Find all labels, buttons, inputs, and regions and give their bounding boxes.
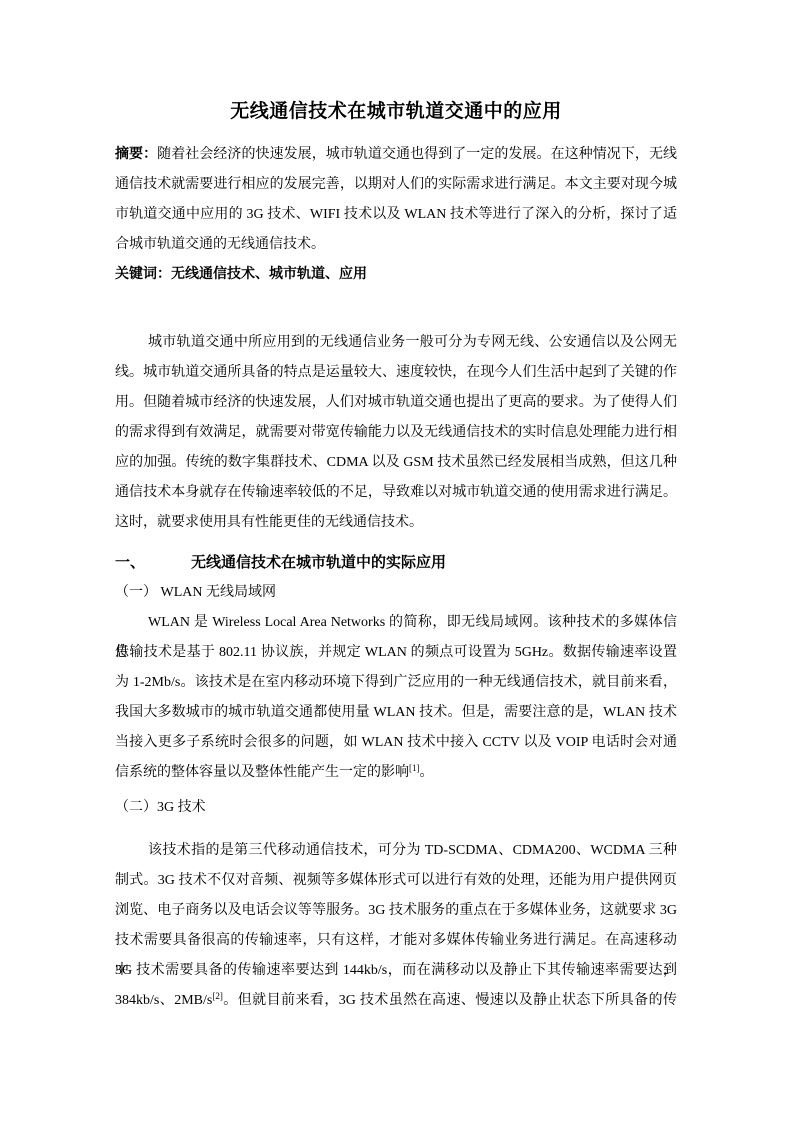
subsection-heading-wlan: （一） WLAN 无线局域网 <box>115 578 677 608</box>
subsection-heading-3g: （二）3G 技术 <box>115 793 677 823</box>
footnote-ref-1: [1] <box>409 763 420 773</box>
wlan-line-2: 传输技术是基于 802.11 协议族，并规定 WLAN 的频点可设置为 5GHz… <box>115 638 677 668</box>
threeg-line-6: 384kb/s、2MB/s[2]。但就目前来看，3G 技术虽然在高速、慢速以及静… <box>115 986 677 1016</box>
section-heading: 一、无线通信技术在城市轨道中的实际应用 <box>115 548 677 578</box>
abstract-line-4: 合城市轨道交通的无线通信技术。 <box>115 230 677 260</box>
intro-line-4: 的需求得到有效满足，就需要对带宽传输能力以及无线通信技术的实时信息处理能力进行相 <box>115 418 677 448</box>
wlan-line-3: 为 1-2Mb/s。该技术是在室内移动环境下得到广泛应用的一种无线通信技术，就目… <box>115 668 677 698</box>
threeg-line-4: 技术需要具备很高的传输速率，只有这样，才能对多媒体传输业务进行满足。在高速移动中… <box>115 926 677 956</box>
threeg-line-6-end: 。但就目前来看，3G 技术虽然在高速、慢速以及静止状态下所具备的传 <box>223 993 677 1008</box>
intro-line-3: 用。但随着城市经济的快速发展，人们对城市轨道交通也提出了更高的要求。为了使得人们 <box>115 388 677 418</box>
document-page: 无线通信技术在城市轨道交通中的应用 摘要：随着社会经济的快速发展，城市轨道交通也… <box>0 0 793 1122</box>
wlan-line-6-text: 信系统的整体容量以及整体性能产生一定的影响 <box>115 765 409 780</box>
wlan-line-5: 当接入更多子系统时会很多的问题，如 WLAN 技术中接入 CCTV 以及 VOI… <box>115 728 677 758</box>
wlan-paragraph: WLAN 是 Wireless Local Area Networks 的简称，… <box>115 608 677 788</box>
footnote-ref-2: [2] <box>212 991 223 1001</box>
section-title: 无线通信技术在城市轨道中的实际应用 <box>191 555 446 571</box>
intro-line-5: 应的加强。传统的数字集群技术、CDMA 以及 GSM 技术虽然已经发展相当成熟，… <box>115 448 677 478</box>
intro-line-6: 通信技术本身就存在传输速率较低的不足，导致难以对城市轨道交通的使用需求进行满足。 <box>115 478 677 508</box>
abstract-line-2: 通信技术就需要进行相应的发展完善，以期对人们的实际需求进行满足。本文主要对现今城 <box>115 170 677 200</box>
abstract-label: 摘要： <box>115 147 157 162</box>
intro-paragraph: 城市轨道交通中所应用到的无线通信业务一般可分为专网无线、公安通信以及公网无 线。… <box>115 328 677 538</box>
threeg-line-3: 浏览、电子商务以及电话会议等等服务。3G 技术服务的重点在于多媒体业务，这就要求… <box>115 896 677 926</box>
intro-line-7: 这时，就要求使用具有性能更佳的无线通信技术。 <box>115 508 677 538</box>
section-number: 一、 <box>115 555 145 571</box>
threeg-line-1: 该技术指的是第三代移动通信技术，可分为 TD-SCDMA、CDMA200、WCD… <box>115 836 677 866</box>
threeg-paragraph: 该技术指的是第三代移动通信技术，可分为 TD-SCDMA、CDMA200、WCD… <box>115 836 677 1016</box>
document-title: 无线通信技术在城市轨道交通中的应用 <box>115 96 677 128</box>
abstract-line-3: 市轨道交通中应用的 3G 技术、WIFI 技术以及 WLAN 技术等进行了深入的… <box>115 200 677 230</box>
wlan-line-6-end: 。 <box>420 765 434 780</box>
abstract-paragraph: 摘要：随着社会经济的快速发展，城市轨道交通也得到了一定的发展。在这种情况下，无线… <box>115 140 677 260</box>
text-line: 摘要：随着社会经济的快速发展，城市轨道交通也得到了一定的发展。在这种情况下，无线 <box>115 140 677 170</box>
wlan-line-6: 信系统的整体容量以及整体性能产生一定的影响[1]。 <box>115 758 677 788</box>
wlan-line-1: WLAN 是 Wireless Local Area Networks 的简称，… <box>115 608 677 638</box>
threeg-line-6-text: 384kb/s、2MB/s <box>115 993 212 1008</box>
threeg-line-5: 3G 技术需要具备的传输速率要达到 144kb/s，而在满移动以及静止下其传输速… <box>115 956 677 986</box>
intro-line-2: 线。城市轨道交通所具备的特点是运量较大、速度较快，在现今人们生活中起到了关键的作 <box>115 358 677 388</box>
wlan-line-4: 我国大多数城市的城市轨道交通都使用量 WLAN 技术。但是，需要注意的是，WLA… <box>115 698 677 728</box>
blank-line <box>115 290 677 328</box>
threeg-line-2: 制式。3G 技术不仅对音频、视频等多媒体形式可以进行有效的处理，还能为用户提供网… <box>115 866 677 896</box>
abstract-line-1: 随着社会经济的快速发展，城市轨道交通也得到了一定的发展。在这种情况下，无线 <box>157 147 677 162</box>
intro-line-1: 城市轨道交通中所应用到的无线通信业务一般可分为专网无线、公安通信以及公网无 <box>115 328 677 358</box>
keywords-line: 关键词：无线通信技术、城市轨道、应用 <box>115 260 677 290</box>
